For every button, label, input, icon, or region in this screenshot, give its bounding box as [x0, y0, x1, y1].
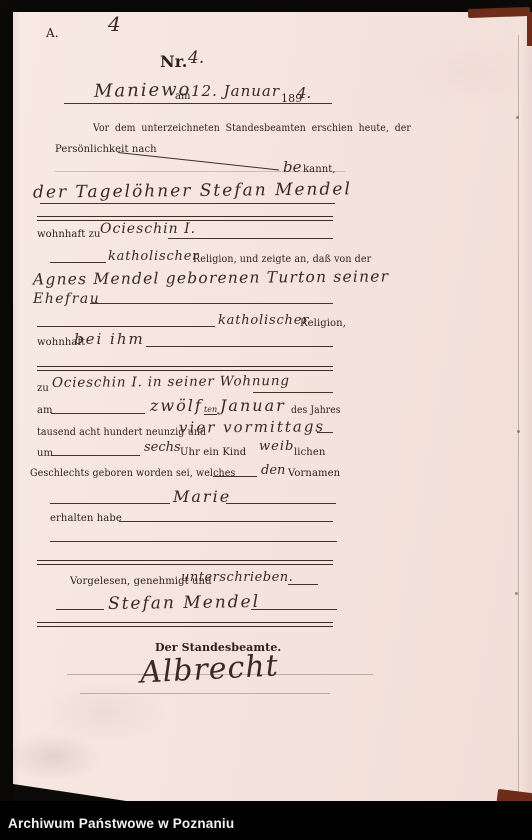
- erhalten-habe-printed: erhalten habe: [50, 513, 122, 524]
- be-handwritten: be: [283, 158, 301, 176]
- date-value: 12. Januar: [191, 82, 280, 100]
- gender-value: weib: [259, 439, 294, 454]
- religion1-value: katholischer: [108, 249, 199, 264]
- year-trail-rule: [317, 432, 333, 433]
- page-fold-line: [518, 35, 519, 800]
- declarant-signature: Stefan Mendel: [108, 592, 260, 614]
- declarant-name: der Tagelöhner Stefan Mendel: [33, 179, 352, 202]
- am2-label: am: [37, 405, 53, 416]
- sig1-rule-right: [251, 609, 337, 610]
- bei-ihm-value: bei ihm: [74, 330, 145, 348]
- birthplace-rule: [253, 392, 333, 393]
- residence-rule: [168, 238, 333, 239]
- speck: [515, 592, 518, 595]
- closing-rule: [288, 584, 318, 585]
- um-label: um: [37, 448, 53, 459]
- mother-name: Agnes Mendel geborenen Turton seiner: [33, 267, 389, 288]
- day-suffix: ten: [204, 405, 217, 415]
- registrar-signature: Albrecht: [139, 648, 279, 690]
- erhalten-rule: [119, 521, 333, 522]
- religion2-value: katholischer: [218, 313, 309, 328]
- religion1-printed: Religion, und zeigte an, daß von der: [193, 254, 371, 265]
- des-jahres-label: des Jahres: [291, 405, 341, 416]
- blank-rule1: [50, 541, 337, 542]
- religion2-printed: Religion,: [300, 318, 346, 329]
- name-rule-right: [226, 503, 336, 504]
- persoenlichkeit-label: Persönlichkeit nach: [55, 144, 157, 155]
- birth-day-value: zwölf: [150, 396, 203, 415]
- lead-rule2: [37, 326, 215, 327]
- vornamen-printed: Vornamen: [288, 468, 340, 479]
- den-lead-rule: [213, 476, 257, 477]
- archive-name: Archiwum Państwowe w Poznaniu: [8, 816, 234, 831]
- residence-value: Ocieschin I.: [100, 221, 196, 237]
- hour-lead-rule: [52, 455, 140, 456]
- hour-value: sechs: [144, 440, 181, 455]
- lead-rule: [50, 262, 106, 263]
- birthplace-value: Ocieschin I. in seiner Wohnung: [52, 373, 290, 391]
- birth-month-value: Januar: [220, 396, 286, 415]
- wohnhaft-zu-label: wohnhaft zu: [37, 229, 101, 240]
- intro-line: Vor dem unterzeichneten Standesbeamten e…: [93, 123, 411, 134]
- record-number-label: Nr.: [160, 52, 187, 71]
- speck: [517, 430, 520, 433]
- lichen-printed: lichen: [294, 447, 325, 458]
- blank-rule2: [37, 560, 333, 565]
- corner-letter: A.: [46, 26, 59, 40]
- uhr-kind-printed: Uhr ein Kind: [180, 447, 246, 458]
- day-lead-rule: [51, 413, 145, 414]
- child-name: Marie: [173, 487, 231, 506]
- year-digit: 4.: [297, 84, 311, 102]
- am-label: am: [175, 91, 191, 102]
- geschlechts-printed: Geschlechts geboren worden sei, welches: [30, 468, 235, 479]
- separator-rule3: [37, 622, 333, 627]
- speck: [516, 116, 519, 119]
- name-rule-left: [50, 503, 170, 504]
- page-number-handwritten: 4: [108, 12, 121, 36]
- zu-label: zu: [37, 383, 49, 394]
- document-scan: A. 4 Nr. 4. Maniewo am 12. Januar 189 4.…: [0, 0, 532, 840]
- unterschrieben-value: unterschrieben.: [181, 570, 293, 585]
- separator-rule2: [37, 366, 333, 371]
- sig1-rule-left: [56, 609, 104, 610]
- den-value: den: [261, 463, 285, 478]
- kannt-printed: kannt,: [303, 164, 336, 175]
- year-words-value: vier vormittags: [179, 417, 325, 436]
- mother-ehefrau: Ehefrau: [33, 291, 100, 307]
- page-edge-shading: [519, 30, 532, 800]
- separator-rule: [37, 216, 333, 221]
- declarant-rule: [40, 203, 335, 204]
- archive-footer-bar: Archiwum Państwowe w Poznaniu: [0, 801, 532, 840]
- mother-rule: [90, 303, 333, 304]
- bei-ihm-rule: [146, 346, 333, 347]
- pencil-guide2: [80, 693, 330, 694]
- record-number-value: 4.: [188, 48, 204, 68]
- guide-line: [55, 171, 345, 172]
- binding-edge-right: [527, 12, 532, 46]
